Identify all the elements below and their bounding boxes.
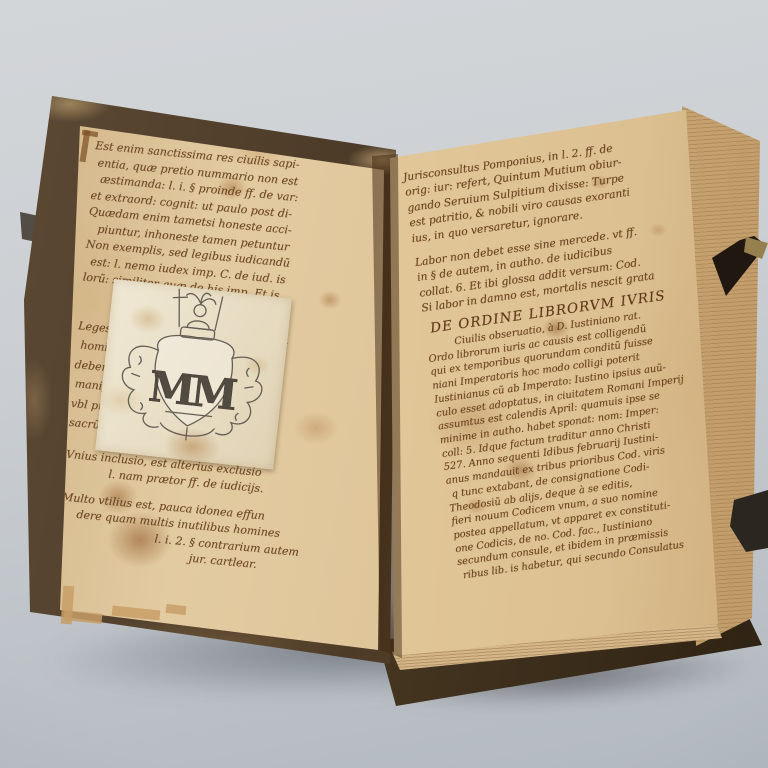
engraved-bookplate: MM (95, 279, 292, 470)
manuscript-line: minime in autho. habet sponat: nom: Impe… (439, 392, 740, 448)
manuscript-line: ribus lib. is habetur, qui secundo Consu… (462, 528, 759, 583)
crest-spear (215, 297, 223, 331)
manuscript-line: anus mandauit ex tribus prioribus Cod. v… (445, 433, 746, 489)
bookplate-engraving: MM (95, 279, 292, 470)
manuscript-line: piuntur, inhoneste tamen petuntur (97, 221, 371, 263)
crest-figure-head (193, 304, 206, 317)
manuscript-line: secundum consule, et ibidem in præmissis (456, 514, 757, 570)
manuscript-line: orig: iur: refert, Quintum Mutium obiur- (404, 143, 705, 200)
left-page-paragraph: Multo vtilius est, pauca idonea effun de… (57, 489, 346, 581)
manuscript-line: ius, in quo versaretur, ignorare. (411, 189, 712, 246)
manuscript-line: culo esset adoptatus, in ciuitatem Roman… (435, 365, 736, 421)
manuscript-line: assumtus est calendis April: quamuis ips… (437, 379, 738, 435)
manuscript-line: Ciuilis obseruatio, à D. Iustiniano rat. (454, 297, 727, 349)
manuscript-line: æstimanda: l. i. § proinde ff. de var: (99, 172, 375, 214)
manuscript-line: postea appellatum, vt apparet ex constit… (453, 487, 754, 543)
manuscript-line: qui ex temporibus quorundam conditũ fuis… (430, 325, 731, 381)
manuscript-line: gando Seruium Sulpitium dixisse: Turpe (406, 158, 707, 215)
glue-stain (166, 604, 187, 615)
manuscript-line: Quædam enim tametsi honeste acci- (88, 204, 372, 247)
manuscript-line: 527. Anno sequenti Idibus februarij Iust… (443, 419, 744, 475)
manuscript-line: Ordo librorum iuris ac causis est collig… (428, 311, 729, 367)
manuscript-line: in § de autem, in autho. de iudicibus (416, 228, 717, 285)
manuscript-line: dere quam multis inutilibus homines (76, 507, 344, 549)
manuscript-line: Jurisconsultus Pomponius, in l. 2. ff. d… (402, 128, 703, 185)
manuscript-line: one Codicis, de no. Cod. fac., Iustinian… (454, 501, 755, 557)
right-page-manuscript-text: Jurisconsultus Pomponius, in l. 2. ff. d… (402, 128, 759, 584)
manuscript-line: Est enim sanctissima res ciuilis sapi- (94, 138, 378, 181)
manuscript-line: Si labor in damno est, mortalis nescit g… (420, 259, 721, 316)
manuscript-line: jur. cartlear. (188, 551, 341, 582)
manuscript-line: niani Imperatoris hoc modo colligi poter… (432, 338, 733, 394)
manuscript-line: fieri nouum Codicem vnum, a suo nomine (451, 474, 752, 530)
photo-open-manuscript-book: Est enim sanctissima res ciuilis sapi- e… (0, 0, 768, 768)
manuscript-line: q tunc extabant, de consignatione Codi- (451, 447, 748, 502)
bookplate-monogram: MM (146, 362, 238, 420)
manuscript-line: est patritio, & nobili viro causas exora… (408, 174, 709, 231)
manuscript-line: l. i. 2. § contrarium autem (154, 531, 343, 565)
manuscript-line: collat. 6. Et ibi glossa addit versum: C… (418, 244, 719, 301)
manuscript-line: l. nam prætor ff. de iudicijs. (108, 467, 348, 506)
section-heading: DE ORDINE LIBRORVM IVRIS (429, 280, 724, 336)
manuscript-line: Multo vtilius est, pauca idonea effun (61, 489, 345, 532)
manuscript-line: Theodosiũ ab alijs, deque à se editis, (449, 460, 750, 516)
manuscript-line: Labor non debet esse sine mercede. vt ff… (414, 213, 715, 270)
crest-figure-plumes (186, 291, 217, 305)
manuscript-line: Iustinianus cũ ab Imperato: Iustino ipsi… (433, 352, 734, 408)
crest-figure-bust (185, 320, 212, 330)
manuscript-line: et extraord: cognit: ut paulo post di- (90, 187, 374, 230)
manuscript-line: Non exemplis, sed legibus iudicandũ (85, 237, 369, 280)
manuscript-line: entia, quæ pretio nummario non est (97, 155, 377, 198)
manuscript-line: coll: 5. Idque factum traditur anno Chri… (441, 406, 742, 462)
right-page-paragraph: Ciuilis obseruatio, à D. Iustiniano rat.… (426, 297, 759, 583)
crest-sword (170, 289, 188, 327)
